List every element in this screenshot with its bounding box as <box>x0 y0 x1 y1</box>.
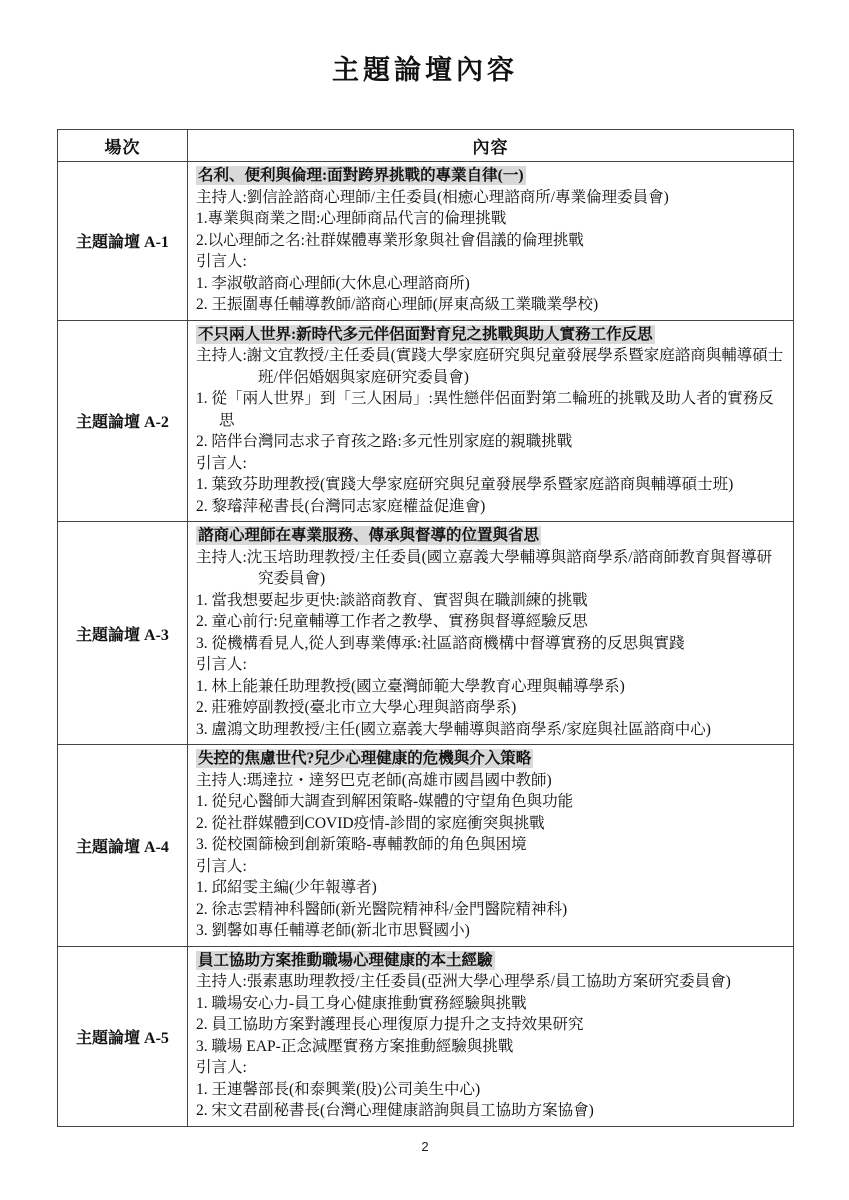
line-text: 1. 從兒心醫師大調查到解困策略-媒體的守望角色與功能 <box>196 793 573 810</box>
line-text: 員工協助方案推動職場心理健康的本土經驗 <box>196 951 495 970</box>
session-label: 主題論壇 A-5 <box>58 946 188 1126</box>
table-body: 主題論壇 A-1 名利、便利與倫理:面對跨界挑戰的專業自律(一)主持人:劉信詮諮… <box>58 162 794 1127</box>
content-line-item: 2. 黎璿萍秘書長(台灣同志家庭權益促進會) <box>196 496 785 518</box>
table-row: 主題論壇 A-1 名利、便利與倫理:面對跨界挑戰的專業自律(一)主持人:劉信詮諮… <box>58 162 794 321</box>
content-line-label: 引言人: <box>196 453 785 475</box>
line-text: 引言人: <box>196 858 247 875</box>
content-line-title: 員工協助方案推動職場心理健康的本土經驗 <box>196 950 785 972</box>
line-text: 引言人: <box>196 455 247 472</box>
content-line-item: 1. 當我想要起步更快:談諮商教育、實習與在職訓練的挑戰 <box>196 590 785 612</box>
content-line-item: 1. 從「兩人世界」到「三人困局」:異性戀伴侶面對第二輪班的挑戰及助人者的實務反… <box>196 388 785 431</box>
content-line-item: 3. 職場 EAP-正念減壓實務方案推動經驗與挑戰 <box>196 1036 785 1058</box>
content-line-item: 1. 從兒心醫師大調查到解困策略-媒體的守望角色與功能 <box>196 791 785 813</box>
line-text: 2. 黎璿萍秘書長(台灣同志家庭權益促進會) <box>196 498 485 515</box>
line-text: 引言人: <box>196 1059 247 1076</box>
line-text: 1. 職場安心力-員工身心健康推動實務經驗與挑戰 <box>196 995 527 1012</box>
line-text: 2. 徐志雲精神科醫師(新光醫院精神科/金門醫院精神科) <box>196 901 567 918</box>
content-line-item: 2. 王振圍專任輔導教師/諮商心理師(屏東高級工業職業學校) <box>196 294 785 316</box>
content-line-chair: 主持人:謝文宜教授/主任委員(實踐大學家庭研究與兒童發展學系暨家庭諮商與輔導碩士… <box>196 345 785 388</box>
line-text: 3. 劉馨如專任輔導老師(新北市思賢國小) <box>196 922 470 939</box>
table-row: 主題論壇 A-4 失控的焦慮世代?兒少心理健康的危機與介入策略主持人:瑪達拉・達… <box>58 745 794 947</box>
content-line-item: 3. 劉馨如專任輔導老師(新北市思賢國小) <box>196 920 785 942</box>
content-line-label: 引言人: <box>196 251 785 273</box>
line-text: 主持人:瑪達拉・達努巴克老師(高雄市國昌國中教師) <box>196 772 552 789</box>
page-number: 2 <box>57 1139 793 1154</box>
content-cell: 諮商心理師在專業服務、傳承與督導的位置與省思主持人:沈玉培助理教授/主任委員(國… <box>188 522 794 745</box>
content-cell: 名利、便利與倫理:面對跨界挑戰的專業自律(一)主持人:劉信詮諮商心理師/主任委員… <box>188 162 794 321</box>
line-text: 引言人: <box>196 656 247 673</box>
table-row: 主題論壇 A-5 員工協助方案推動職場心理健康的本土經驗主持人:張素惠助理教授/… <box>58 946 794 1126</box>
line-text: 名利、便利與倫理:面對跨界挑戰的專業自律(一) <box>196 166 526 185</box>
line-text: 2. 王振圍專任輔導教師/諮商心理師(屏東高級工業職業學校) <box>196 296 598 313</box>
line-text: 2. 員工協助方案對護理長心理復原力提升之支持效果研究 <box>196 1016 584 1033</box>
line-text: 主持人:劉信詮諮商心理師/主任委員(相癒心理諮商所/專業倫理委員會) <box>196 189 669 206</box>
line-text: 主持人:謝文宜教授/主任委員(實踐大學家庭研究與兒童發展學系暨家庭諮商與輔導碩士… <box>196 347 783 386</box>
line-text: 3. 從機構看見人,從人到專業傳承:社區諮商機構中督導實務的反思與實踐 <box>196 635 685 652</box>
content-line-item: 1. 李淑敬諮商心理師(大休息心理諮商所) <box>196 273 785 295</box>
content-line-item: 2. 童心前行:兒童輔導工作者之教學、實務與督導經驗反思 <box>196 611 785 633</box>
line-text: 1.專業與商業之間:心理師商品代言的倫理挑戰 <box>196 210 506 227</box>
table-row: 主題論壇 A-2 不只兩人世界:新時代多元伴侶面對育兒之挑戰與助人實務工作反思主… <box>58 320 794 522</box>
content-line-item: 2. 陪伴台灣同志求子育孩之路:多元性別家庭的親職挑戰 <box>196 431 785 453</box>
line-text: 失控的焦慮世代?兒少心理健康的危機與介入策略 <box>196 749 533 768</box>
line-text: 1. 從「兩人世界」到「三人困局」:異性戀伴侶面對第二輪班的挑戰及助人者的實務反… <box>196 390 774 429</box>
page-title: 主題論壇內容 <box>57 48 793 87</box>
line-text: 1. 林上能兼任助理教授(國立臺灣師範大學教育心理與輔導學系) <box>196 678 625 695</box>
line-text: 諮商心理師在專業服務、傳承與督導的位置與省思 <box>196 526 541 545</box>
content-line-label: 引言人: <box>196 1057 785 1079</box>
column-header-session: 場次 <box>58 130 188 162</box>
content-line-item: 1. 邱紹雯主編(少年報導者) <box>196 877 785 899</box>
line-text: 2. 陪伴台灣同志求子育孩之路:多元性別家庭的親職挑戰 <box>196 433 572 450</box>
content-line-item: 3. 從機構看見人,從人到專業傳承:社區諮商機構中督導實務的反思與實踐 <box>196 633 785 655</box>
content-line-chair: 主持人:劉信詮諮商心理師/主任委員(相癒心理諮商所/專業倫理委員會) <box>196 187 785 209</box>
line-text: 1. 葉致芬助理教授(實踐大學家庭研究與兒童發展學系暨家庭諮商與輔導碩士班) <box>196 476 733 493</box>
content-cell: 失控的焦慮世代?兒少心理健康的危機與介入策略主持人:瑪達拉・達努巴克老師(高雄市… <box>188 745 794 947</box>
session-label: 主題論壇 A-2 <box>58 320 188 522</box>
content-line-title: 諮商心理師在專業服務、傳承與督導的位置與省思 <box>196 525 785 547</box>
line-text: 2. 莊雅婷副教授(臺北市立大學心理與諮商學系) <box>196 699 516 716</box>
content-line-item: 2.以心理師之名:社群媒體專業形象與社會倡議的倫理挑戰 <box>196 230 785 252</box>
forum-table: 場次 內容 主題論壇 A-1 名利、便利與倫理:面對跨界挑戰的專業自律(一)主持… <box>57 129 794 1127</box>
line-text: 3. 從校園篩檢到創新策略-專輔教師的角色與困境 <box>196 836 527 853</box>
content-line-item: 3. 從校園篩檢到創新策略-專輔教師的角色與困境 <box>196 834 785 856</box>
session-label: 主題論壇 A-4 <box>58 745 188 947</box>
line-text: 不只兩人世界:新時代多元伴侶面對育兒之挑戰與助人實務工作反思 <box>196 325 655 344</box>
line-text: 2. 童心前行:兒童輔導工作者之教學、實務與督導經驗反思 <box>196 613 588 630</box>
content-cell: 員工協助方案推動職場心理健康的本土經驗主持人:張素惠助理教授/主任委員(亞洲大學… <box>188 946 794 1126</box>
line-text: 主持人:沈玉培助理教授/主任委員(國立嘉義大學輔導與諮商學系/諮商師教育與督導研… <box>196 549 772 588</box>
table-row: 主題論壇 A-3 諮商心理師在專業服務、傳承與督導的位置與省思主持人:沈玉培助理… <box>58 522 794 745</box>
table-header-row: 場次 內容 <box>58 130 794 162</box>
content-line-chair: 主持人:瑪達拉・達努巴克老師(高雄市國昌國中教師) <box>196 770 785 792</box>
document-page: 主題論壇內容 場次 內容 主題論壇 A-1 名利、便利與倫理:面對跨界挑戰的專業… <box>0 0 849 1200</box>
line-text: 3. 職場 EAP-正念減壓實務方案推動經驗與挑戰 <box>196 1038 513 1055</box>
line-text: 3. 盧鴻文助理教授/主任(國立嘉義大學輔導與諮商學系/家庭與社區諮商中心) <box>196 721 711 738</box>
line-text: 1. 當我想要起步更快:談諮商教育、實習與在職訓練的挑戰 <box>196 592 588 609</box>
line-text: 1. 王連馨部長(和泰興業(股)公司美生中心) <box>196 1081 480 1098</box>
content-line-item: 1. 王連馨部長(和泰興業(股)公司美生中心) <box>196 1079 785 1101</box>
content-cell: 不只兩人世界:新時代多元伴侶面對育兒之挑戰與助人實務工作反思主持人:謝文宜教授/… <box>188 320 794 522</box>
content-line-title: 名利、便利與倫理:面對跨界挑戰的專業自律(一) <box>196 165 785 187</box>
content-line-item: 2. 從社群媒體到COVID疫情-診間的家庭衝突與挑戰 <box>196 813 785 835</box>
line-text: 2. 從社群媒體到COVID疫情-診間的家庭衝突與挑戰 <box>196 815 545 832</box>
content-line-item: 3. 盧鴻文助理教授/主任(國立嘉義大學輔導與諮商學系/家庭與社區諮商中心) <box>196 719 785 741</box>
content-line-item: 1. 職場安心力-員工身心健康推動實務經驗與挑戰 <box>196 993 785 1015</box>
content-line-title: 失控的焦慮世代?兒少心理健康的危機與介入策略 <box>196 748 785 770</box>
content-line-item: 1. 林上能兼任助理教授(國立臺灣師範大學教育心理與輔導學系) <box>196 676 785 698</box>
content-line-title: 不只兩人世界:新時代多元伴侶面對育兒之挑戰與助人實務工作反思 <box>196 324 785 346</box>
content-line-item: 2. 徐志雲精神科醫師(新光醫院精神科/金門醫院精神科) <box>196 899 785 921</box>
line-text: 主持人:張素惠助理教授/主任委員(亞洲大學心理學系/員工協助方案研究委員會) <box>196 973 731 990</box>
line-text: 2.以心理師之名:社群媒體專業形象與社會倡議的倫理挑戰 <box>196 232 584 249</box>
line-text: 引言人: <box>196 253 247 270</box>
session-label: 主題論壇 A-3 <box>58 522 188 745</box>
line-text: 1. 邱紹雯主編(少年報導者) <box>196 879 377 896</box>
session-label: 主題論壇 A-1 <box>58 162 188 321</box>
content-line-item: 2. 莊雅婷副教授(臺北市立大學心理與諮商學系) <box>196 697 785 719</box>
content-line-label: 引言人: <box>196 654 785 676</box>
content-line-item: 2. 宋文君副秘書長(台灣心理健康諮詢與員工協助方案協會) <box>196 1100 785 1122</box>
content-line-item: 1. 葉致芬助理教授(實踐大學家庭研究與兒童發展學系暨家庭諮商與輔導碩士班) <box>196 474 785 496</box>
column-header-content: 內容 <box>188 130 794 162</box>
content-line-item: 1.專業與商業之間:心理師商品代言的倫理挑戰 <box>196 208 785 230</box>
content-line-chair: 主持人:沈玉培助理教授/主任委員(國立嘉義大學輔導與諮商學系/諮商師教育與督導研… <box>196 547 785 590</box>
content-line-chair: 主持人:張素惠助理教授/主任委員(亞洲大學心理學系/員工協助方案研究委員會) <box>196 971 785 993</box>
content-line-item: 2. 員工協助方案對護理長心理復原力提升之支持效果研究 <box>196 1014 785 1036</box>
content-line-label: 引言人: <box>196 856 785 878</box>
line-text: 1. 李淑敬諮商心理師(大休息心理諮商所) <box>196 275 470 292</box>
line-text: 2. 宋文君副秘書長(台灣心理健康諮詢與員工協助方案協會) <box>196 1102 594 1119</box>
